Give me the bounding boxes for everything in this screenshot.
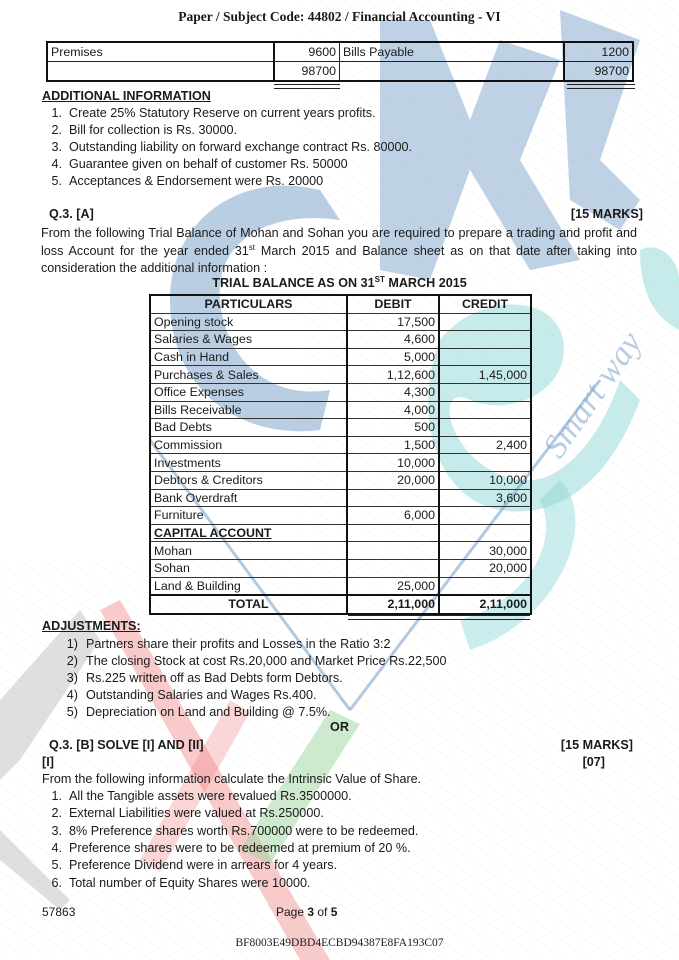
credit-cell: 10,000	[439, 471, 531, 489]
credit-cell	[439, 313, 531, 331]
particulars-cell: Land & Building	[150, 577, 347, 595]
table-row: Salaries & Wages4,600	[150, 331, 531, 349]
credit-cell: 2,400	[439, 436, 531, 454]
list-text: Bill for collection is Rs. 30000.	[69, 123, 237, 137]
debit-cell: 25,000	[347, 577, 439, 595]
column-header: PARTICULARS	[150, 295, 347, 313]
question-marks: [15 MARKS]	[561, 738, 633, 752]
part-marks: [07]	[583, 755, 605, 769]
column-header: DEBIT	[347, 295, 439, 313]
list-text: The closing Stock at cost Rs.20,000 and …	[86, 654, 447, 668]
adjustments-heading: ADJUSTMENTS:	[42, 619, 141, 633]
title-text: TRIAL BALANCE AS ON 31	[212, 276, 374, 290]
page-indicator: Page 3 of 5	[276, 905, 337, 919]
debit-cell: 10,000	[347, 454, 439, 472]
particulars-cell: Bank Overdraft	[150, 489, 347, 507]
superscript: ST	[375, 275, 385, 284]
credit-cell	[439, 383, 531, 401]
trial-balance-table: PARTICULARS DEBIT CREDIT Opening stock17…	[149, 294, 532, 615]
intro-line: From the following Trial Balance of Moha…	[41, 225, 637, 243]
or-separator: OR	[0, 720, 679, 734]
list-number: 1.	[40, 789, 62, 803]
credit-cell: 30,000	[439, 542, 531, 560]
list-number: 2.	[40, 123, 62, 137]
particulars-cell: Bad Debts	[150, 419, 347, 437]
list-text: Outstanding liability on forward exchang…	[69, 140, 412, 154]
debit-cell: 1,500	[347, 436, 439, 454]
list-item: 2.Bill for collection is Rs. 30000.	[40, 123, 237, 137]
list-item: 3.8% Preference shares worth Rs.700000 w…	[40, 824, 418, 838]
intro-text: loss Account for the year ended 31	[41, 244, 249, 258]
paper-code: 57863	[42, 905, 75, 919]
table-row: Bills Receivable4,000	[150, 401, 531, 419]
list-item: 4.Preference shares were to be redeemed …	[40, 841, 411, 855]
list-number: 1.	[40, 106, 62, 120]
particulars-cell: Investments	[150, 454, 347, 472]
table-row: Mohan30,000	[150, 542, 531, 560]
asset-label	[340, 62, 565, 82]
particulars-cell: Salaries & Wages	[150, 331, 347, 349]
list-text: Partners share their profits and Losses …	[86, 637, 391, 651]
list-item: 4)Outstanding Salaries and Wages Rs.400.	[60, 688, 317, 702]
intro-line: consideration the additional information…	[41, 260, 637, 278]
debit-cell	[347, 524, 439, 542]
list-item: 6.Total number of Equity Shares were 100…	[40, 876, 311, 890]
list-number: 5.	[40, 858, 62, 872]
total-label: TOTAL	[150, 595, 347, 614]
total-debit: 2,11,000	[347, 595, 439, 614]
list-item: 3.Outstanding liability on forward excha…	[40, 140, 412, 154]
list-text: Total number of Equity Shares were 10000…	[69, 876, 311, 890]
list-number: 3.	[40, 140, 62, 154]
credit-cell	[439, 331, 531, 349]
particulars-cell: Sohan	[150, 559, 347, 577]
table-row: Premises 9600 Bills Payable 1200	[47, 42, 633, 62]
intro-text: March 2015 and Balance sheet as on that …	[255, 244, 637, 258]
asset-label: Bills Payable	[340, 42, 565, 62]
balance-sheet-table: Premises 9600 Bills Payable 1200 98700 9…	[46, 41, 634, 82]
table-row: Bank Overdraft3,600	[150, 489, 531, 507]
double-underline	[274, 84, 340, 89]
list-item: 2)The closing Stock at cost Rs.20,000 an…	[60, 654, 447, 668]
list-item: 2.External Liabilities were valued at Rs…	[40, 806, 324, 820]
credit-cell	[439, 419, 531, 437]
credit-cell	[439, 401, 531, 419]
table-row: Office Expenses4,300	[150, 383, 531, 401]
credit-cell	[439, 348, 531, 366]
part-label: [I]	[42, 755, 54, 769]
debit-cell	[347, 489, 439, 507]
list-number: 2.	[40, 806, 62, 820]
table-row-total: TOTAL 2,11,000 2,11,000	[150, 595, 531, 614]
table-row: Debtors & Creditors20,00010,000	[150, 471, 531, 489]
debit-cell: 4,600	[347, 331, 439, 349]
list-number: 2)	[60, 654, 78, 668]
table-row: Bad Debts500	[150, 419, 531, 437]
list-item: 5.Preference Dividend were in arrears fo…	[40, 858, 337, 872]
table-row: Investments10,000	[150, 454, 531, 472]
table-row: Purchases & Sales1,12,6001,45,000	[150, 366, 531, 384]
liability-amount: 9600	[274, 42, 340, 62]
list-text: 8% Preference shares worth Rs.700000 wer…	[69, 824, 418, 838]
list-item: 5)Depreciation on Land and Building @ 7.…	[60, 705, 331, 719]
list-number: 5)	[60, 705, 78, 719]
list-number: 1)	[60, 637, 78, 651]
list-text: Guarantee given on behalf of customer Rs…	[69, 157, 348, 171]
debit-cell: 20,000	[347, 471, 439, 489]
asset-amount: 1200	[564, 42, 633, 62]
list-text: External Liabilities were valued at Rs.2…	[69, 806, 324, 820]
debit-cell: 17,500	[347, 313, 439, 331]
list-text: Acceptances & Endorsement were Rs. 20000	[69, 174, 323, 188]
list-text: Outstanding Salaries and Wages Rs.400.	[86, 688, 317, 702]
debit-cell: 500	[347, 419, 439, 437]
column-header: CREDIT	[439, 295, 531, 313]
question-marks: [15 MARKS]	[571, 207, 643, 221]
list-item: 4.Guarantee given on behalf of customer …	[40, 157, 348, 171]
particulars-cell: Bills Receivable	[150, 401, 347, 419]
particulars-cell: CAPITAL ACCOUNT	[150, 524, 347, 542]
particulars-cell: Commission	[150, 436, 347, 454]
credit-cell	[439, 524, 531, 542]
list-item: 1)Partners share their profits and Losse…	[60, 637, 391, 651]
part-intro: From the following information calculate…	[42, 772, 421, 786]
credit-cell	[439, 507, 531, 525]
debit-cell: 6,000	[347, 507, 439, 525]
double-underline	[348, 615, 530, 620]
credit-cell: 3,600	[439, 489, 531, 507]
list-item: 1.Create 25% Statutory Reserve on curren…	[40, 106, 376, 120]
list-text: Depreciation on Land and Building @ 7.5%…	[86, 705, 331, 719]
debit-cell: 4,000	[347, 401, 439, 419]
debit-cell: 1,12,600	[347, 366, 439, 384]
question-label: Q.3. [B] SOLVE [I] AND [II]	[49, 738, 204, 752]
credit-cell: 20,000	[439, 559, 531, 577]
additional-info-heading: ADDITIONAL INFORMATION	[42, 89, 211, 103]
debit-cell	[347, 559, 439, 577]
question-label: Q.3. [A]	[49, 207, 94, 221]
page-total: 5	[331, 905, 338, 919]
table-row: Sohan20,000	[150, 559, 531, 577]
list-number: 3)	[60, 671, 78, 685]
page-of: of	[314, 905, 331, 919]
list-text: Rs.225 written off as Bad Debts form Deb…	[86, 671, 343, 685]
credit-cell	[439, 454, 531, 472]
list-text: All the Tangible assets were revalued Rs…	[69, 789, 352, 803]
list-number: 4.	[40, 841, 62, 855]
list-item: 3)Rs.225 written off as Bad Debts form D…	[60, 671, 343, 685]
list-text: Preference Dividend were in arrears for …	[69, 858, 337, 872]
list-item: 1.All the Tangible assets were revalued …	[40, 789, 352, 803]
debit-cell: 4,300	[347, 383, 439, 401]
table-header-row: PARTICULARS DEBIT CREDIT	[150, 295, 531, 313]
table-row: CAPITAL ACCOUNT	[150, 524, 531, 542]
credit-cell: 1,45,000	[439, 366, 531, 384]
table-row: Cash in Hand5,000	[150, 348, 531, 366]
double-underline	[567, 84, 635, 89]
list-item: 5.Acceptances & Endorsement were Rs. 200…	[40, 174, 323, 188]
particulars-cell: Opening stock	[150, 313, 347, 331]
particulars-cell: Cash in Hand	[150, 348, 347, 366]
table-row-total: 98700 98700	[47, 62, 633, 82]
debit-cell: 5,000	[347, 348, 439, 366]
page-prefix: Page	[276, 905, 307, 919]
liability-label	[47, 62, 274, 82]
credit-cell	[439, 577, 531, 595]
total-credit: 2,11,000	[439, 595, 531, 614]
liability-total: 98700	[274, 62, 340, 82]
list-number: 3.	[40, 824, 62, 838]
list-text: Create 25% Statutory Reserve on current …	[69, 106, 376, 120]
title-text: MARCH 2015	[385, 276, 467, 290]
asset-total: 98700	[564, 62, 633, 82]
debit-cell	[347, 542, 439, 560]
liability-label: Premises	[47, 42, 274, 62]
list-number: 6.	[40, 876, 62, 890]
trial-balance-title: TRIAL BALANCE AS ON 31ST MARCH 2015	[0, 276, 679, 290]
list-number: 4)	[60, 688, 78, 702]
table-row: Land & Building25,000	[150, 577, 531, 595]
table-row: Commission1,5002,400	[150, 436, 531, 454]
particulars-cell: Office Expenses	[150, 383, 347, 401]
particulars-cell: Purchases & Sales	[150, 366, 347, 384]
particulars-cell: Debtors & Creditors	[150, 471, 347, 489]
list-number: 5.	[40, 174, 62, 188]
page-header-title: Paper / Subject Code: 44802 / Financial …	[0, 9, 679, 25]
table-row: Opening stock17,500	[150, 313, 531, 331]
particulars-cell: Mohan	[150, 542, 347, 560]
intro-line: loss Account for the year ended 31st Mar…	[41, 243, 637, 261]
list-text: Preference shares were to be redeemed at…	[69, 841, 411, 855]
particulars-cell: Furniture	[150, 507, 347, 525]
question-intro: From the following Trial Balance of Moha…	[41, 225, 637, 278]
document-hash: BF8003E49DBD4ECBD94387E8FA193C07	[0, 937, 679, 949]
table-row: Furniture6,000	[150, 507, 531, 525]
list-number: 4.	[40, 157, 62, 171]
